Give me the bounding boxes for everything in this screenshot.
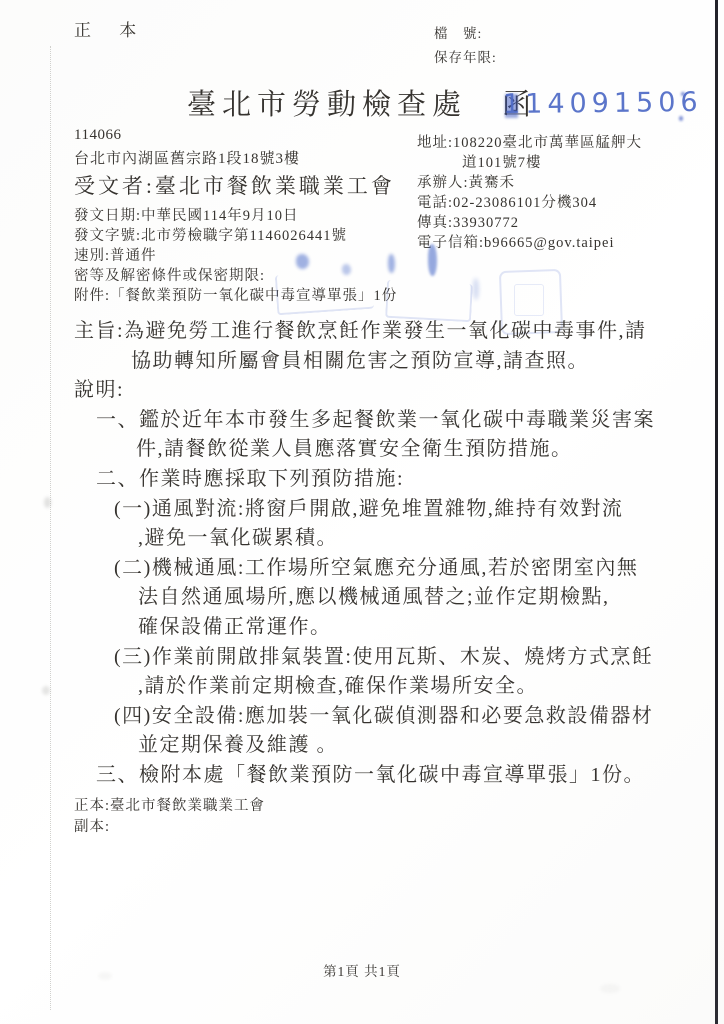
security-class: 密等及解密條件或保密期限:: [74, 266, 397, 286]
body-line: (一)通風對流:將窗戶開啟,避免堆置雜物,維持有效對流: [114, 495, 694, 525]
recipient-line: 受文者:臺北市餐飲業職業工會: [74, 170, 395, 200]
body-line: 一、鑑於近年本市發生多起餐飲業一氧化碳中毒職業災害案: [96, 406, 694, 436]
body-line: (二)機械通風:工作場所空氣應充分通風,若於密閉室內無: [114, 554, 694, 584]
scan-smudge: [44, 497, 51, 508]
contact-block: 地址:108220臺北市萬華區艋舺大 道101號7樓 承辦人:黃騫禾 電話:02…: [417, 133, 642, 253]
body-line: 三、檢附本處「餐飲業預防一氧化碳中毒宣導單張」1份。: [96, 761, 694, 791]
body-line: 件,請餐飲從業人員應落實安全衛生預防措施。: [136, 435, 694, 465]
received-stamp-number: 114091506: [503, 87, 703, 120]
meta-block: 發文日期:中華民國114年9月10日 發文字號:北市勞檢職字第114602644…: [74, 206, 397, 306]
page-number: 第1頁 共1頁: [0, 960, 724, 980]
distribution-copy: 副本:: [74, 817, 265, 838]
body-line: 二、作業時應採取下列預防措施:: [96, 465, 694, 495]
retention-label: 保存年限:: [434, 46, 497, 70]
file-no-label: 檔 號:: [434, 22, 497, 46]
issue-date: 發文日期:中華民國114年9月10日: [74, 206, 397, 226]
contact-address-line2: 道101號7樓: [417, 153, 642, 173]
scan-edge-shadow: [715, 0, 718, 1024]
distribution-block: 正本:臺北市餐飲業職業工會 副本:: [74, 796, 265, 838]
scan-smudge: [42, 686, 50, 695]
copy-type-label: 正 本: [74, 16, 148, 41]
contact-address-line1: 地址:108220臺北市萬華區艋舺大: [417, 133, 642, 153]
ink-speck: [681, 92, 685, 96]
body-line: 法自然通風場所,應以機械通風替之;並作定期檢點,: [138, 583, 694, 613]
speed-class: 速別:普通件: [74, 246, 397, 266]
contact-email: 電子信箱:b96665@gov.taipei: [417, 233, 642, 253]
contact-phone: 電話:02-23086101分機304: [417, 193, 642, 213]
body-line: 並定期保養及維護 。: [138, 731, 694, 761]
body-line: ,請於作業前定期檢查,確保作業場所安全。: [138, 672, 694, 702]
letter-body: 主旨:為避免勞工進行餐飲烹飪作業發生一氧化碳中毒事件,請協助轉知所屬會員相關危害…: [74, 317, 694, 791]
body-line: 說明:: [74, 376, 694, 406]
ink-speck: [679, 116, 683, 121]
body-line: 確保設備正常運作。: [138, 613, 694, 643]
distribution-original: 正本:臺北市餐飲業職業工會: [74, 796, 265, 817]
recipient-address: 台北市內湖區舊宗路1段18號3樓: [74, 147, 300, 168]
document-page: 正 本 檔 號: 保存年限: 臺北市勞動檢查處 函 114091506 1140…: [0, 0, 724, 1024]
contact-officer: 承辦人:黃騫禾: [417, 173, 642, 193]
body-line: ,避免一氧化碳累積。: [138, 524, 694, 554]
body-line: 協助轉知所屬會員相關危害之預防宣導,請查照。: [131, 347, 694, 377]
body-line: 主旨:為避免勞工進行餐飲烹飪作業發生一氧化碳中毒事件,請: [74, 317, 694, 347]
left-fold-dotted-line: [50, 46, 51, 1010]
document-code: 114066: [74, 127, 121, 144]
body-line: (四)安全設備:應加裝一氧化碳偵測器和必要急救設備器材: [114, 702, 694, 732]
body-line: (三)作業前開啟排氣裝置:使用瓦斯、木炭、燒烤方式烹飪: [114, 643, 694, 673]
attachment-note: 附件:「餐飲業預防一氧化碳中毒宣導單張」1份: [74, 286, 397, 306]
file-number-block: 檔 號: 保存年限:: [434, 22, 497, 70]
issue-number: 發文字號:北市勞檢職字第1146026441號: [74, 226, 397, 246]
contact-fax: 傳真:33930772: [417, 213, 642, 233]
scan-smudge: [600, 984, 620, 993]
